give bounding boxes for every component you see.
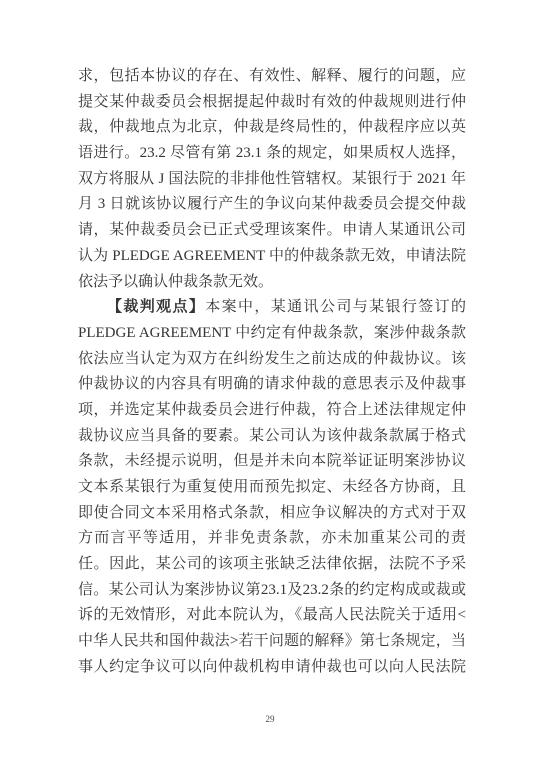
text-line: 请，某仲裁委员会已正式受理该案件。申请人某通讯公司 [78, 218, 466, 244]
text-line: 依法应当认定为双方在纠纷发生之前达成的仲裁协议。该 [78, 347, 466, 373]
text-line: 【裁判观点】本案中，某通讯公司与某银行签订的 [78, 295, 466, 321]
text-line: 仲裁协议的内容具有明确的请求仲裁的意思表示及仲裁事 [78, 372, 466, 398]
text-line: PLEDGE AGREEMENT 中约定有仲裁条款，案涉仲裁条款 [78, 321, 466, 347]
text-line: 诉的无效情形，对此本院认为，《最高人民法院关于适用< [78, 603, 466, 629]
text-line: 求，包括本协议的存在、有效性、解释、履行的问题，应 [78, 64, 466, 90]
text-line: 裁，仲裁地点为北京，仲裁是终局性的，仲裁程序应以英 [78, 115, 466, 141]
body-text-block: 求，包括本协议的存在、有效性、解释、履行的问题，应提交某仲裁委员会根据提起仲裁时… [78, 64, 466, 681]
text-line: 方而言平等适用，并非免责条款，亦未加重某公司的责 [78, 526, 466, 552]
text-line: 提交某仲裁委员会根据提起仲裁时有效的仲裁规则进行仲 [78, 90, 466, 116]
document-page: 求，包括本协议的存在、有效性、解释、履行的问题，应提交某仲裁委员会根据提起仲裁时… [0, 0, 540, 763]
text-line: 月 3 日就该协议履行产生的争议向某仲裁委员会提交仲裁申 [78, 192, 466, 218]
text-line: 语进行。23.2 尽管有第 23.1 条的规定，如果质权人选择， [78, 141, 466, 167]
text-line: 中华人民共和国仲裁法>若干问题的解释》第七条规定，当 [78, 629, 466, 655]
text-line: 信。某公司认为案涉协议第23.1及23.2条的约定构成或裁或 [78, 578, 466, 604]
text-line: 文本系某银行为重复使用而预先拟定、未经各方协商，且 [78, 475, 466, 501]
text-line: 条款，未经提示说明，但是并未向本院举证证明案涉协议 [78, 449, 466, 475]
text-line: 依法予以确认仲裁条款无效。 [78, 270, 466, 296]
text-line: 任。因此，某公司的该项主张缺乏法律依据，法院不予采 [78, 552, 466, 578]
text-line: 项，并选定某仲裁委员会进行仲裁，符合上述法律规定仲 [78, 398, 466, 424]
text-line: 认为 PLEDGE AGREEMENT 中的仲裁条款无效，申请法院 [78, 244, 466, 270]
bold-section-label: 【裁判观点】 [107, 299, 205, 315]
text-line: 双方将服从 J 国法院的非排他性管辖权。某银行于 2021 年 9 [78, 167, 466, 193]
text-line: 即使合同文本采用格式条款，相应争议解决的方式对于双 [78, 501, 466, 527]
text-line: 事人约定争议可以向仲裁机构申请仲裁也可以向人民法院 [78, 655, 466, 681]
text-line: 裁协议应当具备的要素。某公司认为该仲裁条款属于格式 [78, 424, 466, 450]
page-number: 29 [0, 714, 540, 724]
